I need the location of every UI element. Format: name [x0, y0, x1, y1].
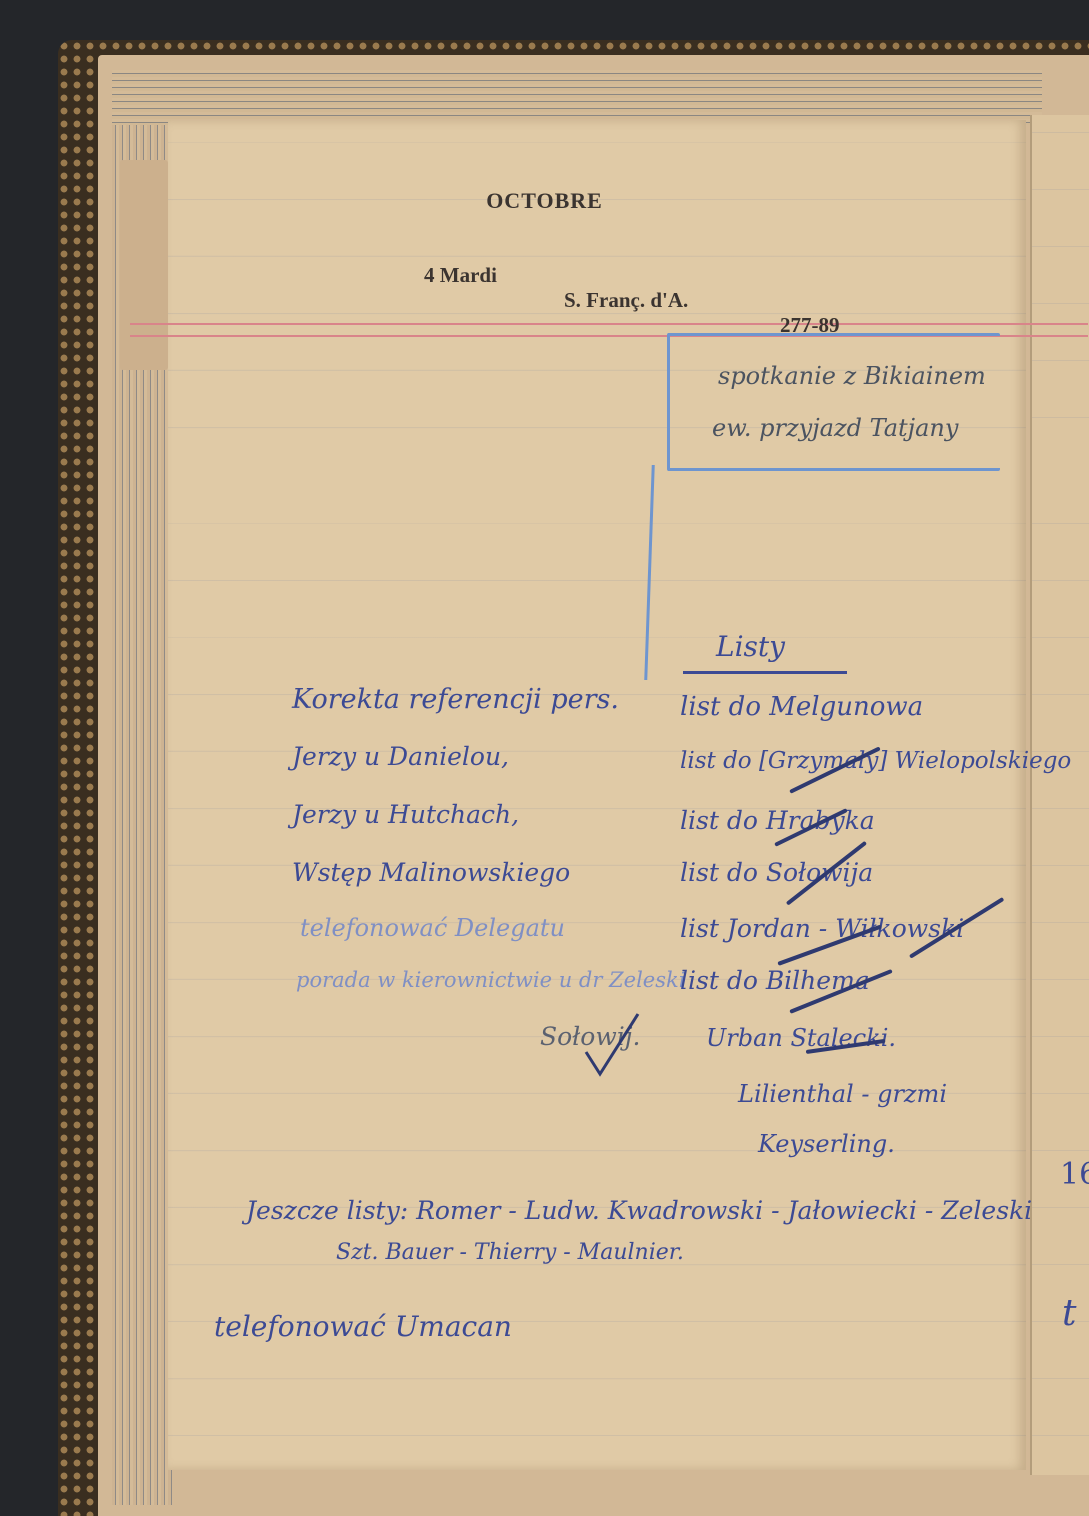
left-item: Korekta referencji pers.	[292, 684, 619, 715]
footer-note-3: telefonować Umacan	[214, 1310, 512, 1343]
right-item: Keyserling.	[758, 1130, 895, 1158]
right-heading: Listy	[716, 630, 785, 663]
left-item: telefonować Delegatu	[300, 914, 565, 942]
right-item: list Jordan - Wiłkowski	[680, 914, 964, 943]
left-item: Jerzy u Hutchach,	[292, 800, 519, 829]
boxed-note-line-2: ew. przyjazd Tatjany	[712, 414, 958, 442]
next-page-number: 16	[1060, 1157, 1089, 1192]
right-item: list do Melgunowa	[680, 692, 923, 722]
next-page: 16 t	[1030, 115, 1089, 1475]
day-label: 4 Mardi	[424, 263, 497, 288]
right-item: Urban Stalecki.	[706, 1024, 896, 1052]
red-rule-top	[130, 323, 1088, 325]
boxed-note	[667, 333, 1000, 471]
date-row: 4 Mardi S. Franç. d'A. 277-89	[424, 238, 435, 338]
left-item: Jerzy u Danielou,	[292, 742, 509, 771]
right-item: Lilienthal - grzmi	[738, 1080, 947, 1108]
boxed-note-line-1: spotkanie z Bikiainem	[718, 362, 986, 390]
heading-underline	[683, 671, 847, 674]
footer-note-1: Jeszcze listy: Romer - Ludw. Kwadrowski …	[246, 1196, 1032, 1225]
page-edges-top	[112, 70, 1042, 125]
left-item: porada w kierownictwie u dr Zeleski	[296, 968, 685, 992]
next-page-glyph: t	[1062, 1293, 1076, 1334]
saint-label: S. Franç. d'A.	[564, 288, 688, 313]
right-item: list do Sołowija	[680, 858, 873, 887]
footer-note-2: Szt. Bauer - Thierry - Maulnier.	[336, 1240, 684, 1265]
check-mark-icon	[582, 1010, 642, 1080]
month-heading: OCTOBRE	[0, 188, 1089, 214]
left-item: Wstęp Malinowskiego	[292, 858, 570, 887]
